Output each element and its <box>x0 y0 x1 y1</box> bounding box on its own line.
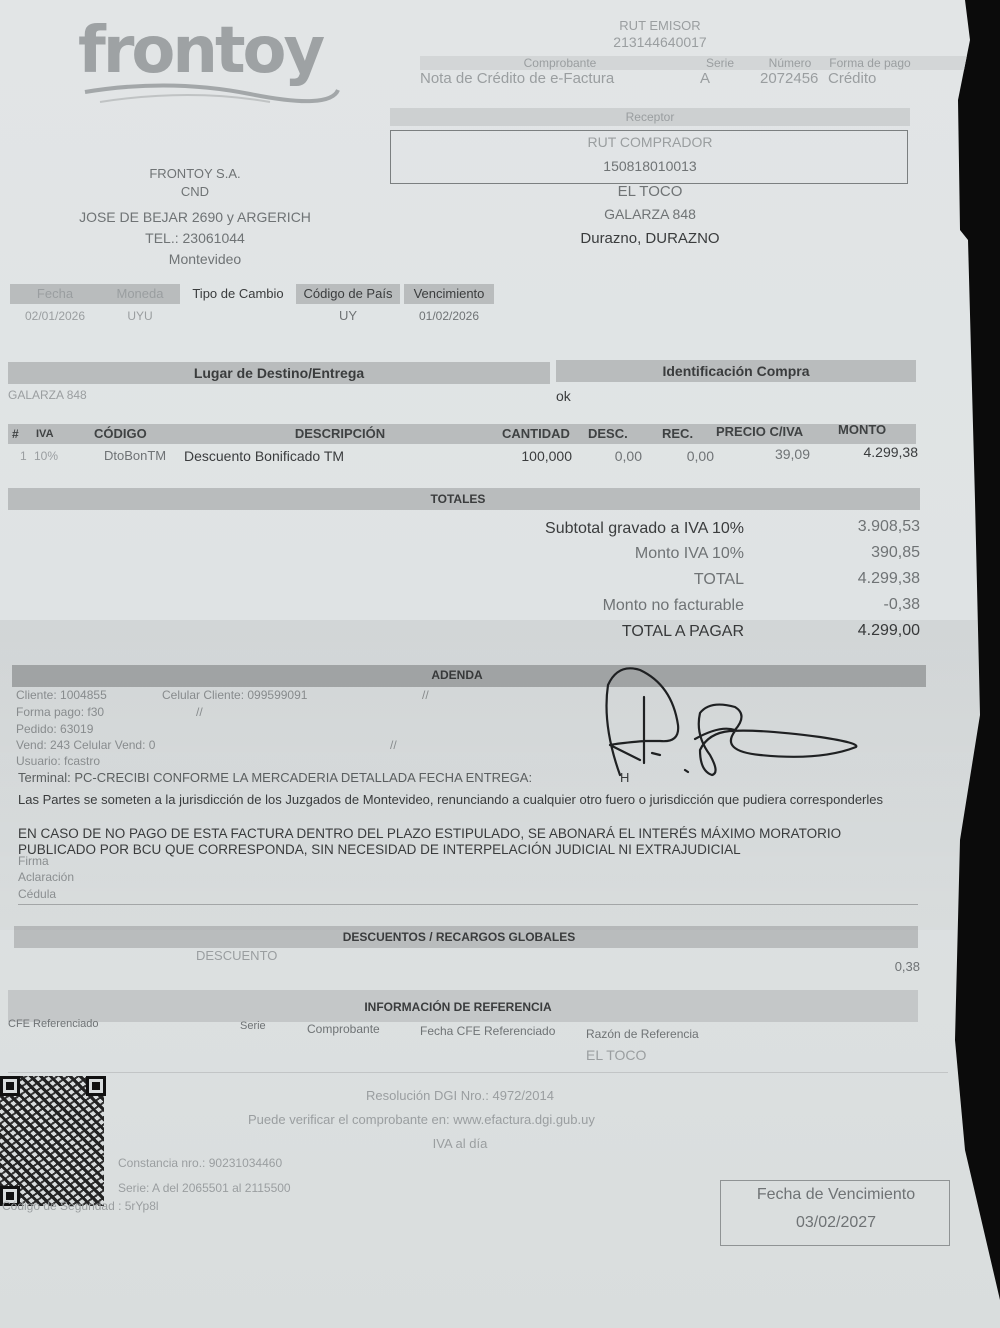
receiver-rut-label: RUT COMPRADOR <box>390 134 910 150</box>
row-desc: 0,00 <box>580 446 642 466</box>
col-rec: REC. <box>662 424 693 444</box>
addenda-client-phone: Celular Cliente: 099599091 <box>162 688 307 702</box>
logo-swoosh-icon <box>80 80 340 110</box>
ref-col-cfe: CFE Referenciado <box>8 1018 99 1030</box>
addenda-order: Pedido: 63019 <box>16 722 93 736</box>
col-cantidad: CANTIDAD <box>502 424 570 444</box>
addenda-sep: // <box>196 705 203 719</box>
col-codigo: CÓDIGO <box>94 424 147 444</box>
global-adjustment-type: DESCUENTO <box>196 948 277 963</box>
destination-value: GALARZA 848 <box>8 388 87 402</box>
addenda-late-payment-1: EN CASO DE NO PAGO DE ESTA FACTURA DENTR… <box>18 826 841 841</box>
addenda-client: Cliente: 1004855 <box>16 688 107 702</box>
doc-series-label: Serie <box>680 56 760 70</box>
addenda-sep: // <box>390 738 397 752</box>
totals-label: TOTALES <box>8 492 908 506</box>
addenda-divider <box>18 904 918 905</box>
addenda-terminal: Terminal: PC-CRECIBI CONFORME LA MERCADE… <box>18 770 532 785</box>
addenda-late-payment-2: PUBLICADO POR BCU QUE CORRESPONDA, SIN N… <box>18 842 741 857</box>
issuer-rut: 213144640017 <box>560 34 760 50</box>
ref-col-razon: Razón de Referencia <box>586 1027 699 1041</box>
issuer-name: FRONTOY S.A. <box>60 166 330 181</box>
ref-col-comprobante: Comprobante <box>307 1022 380 1036</box>
handwritten-signature-icon <box>560 655 880 795</box>
invoice-paper: frontoy RUT EMISOR 213144640017 Comproba… <box>0 0 1000 1328</box>
security-code: Código de Seguridad : 5rYp8l <box>2 1199 159 1213</box>
row-code: DtoBonTM <box>104 446 166 466</box>
footer-divider <box>8 1072 948 1073</box>
issuer-phone: TEL.: 23061044 <box>60 230 330 246</box>
ref-reason: EL TOCO <box>586 1047 646 1063</box>
non-billable-label: Monto no facturable <box>484 597 744 615</box>
non-billable-value: -0,38 <box>780 596 920 614</box>
row-qty: 100,000 <box>480 446 572 466</box>
addenda-user: Usuario: fcastro <box>16 754 100 768</box>
ref-col-fecha: Fecha CFE Referenciado <box>420 1024 555 1038</box>
total-value: 4.299,38 <box>780 570 920 588</box>
destination-label: Lugar de Destino/Entrega <box>8 365 550 381</box>
total-to-pay-value: 4.299,00 <box>780 622 920 640</box>
addenda-payment-terms: Forma pago: f30 <box>16 705 104 719</box>
info-moneda: UYU <box>100 306 180 326</box>
doc-type: Nota de Crédito de e-Factura <box>420 70 614 87</box>
doc-number: 2072456 <box>760 70 818 87</box>
qr-code <box>0 1076 104 1206</box>
iva-value: 390,85 <box>780 544 920 562</box>
addenda-seller: Vend: 243 Celular Vend: 0 <box>16 738 155 752</box>
qr-finder-icon <box>86 1076 106 1096</box>
row-num: 1 <box>20 446 27 466</box>
row-rec: 0,00 <box>650 446 714 466</box>
info-codigo-pais: UY <box>296 306 400 326</box>
info-header-fecha: Fecha <box>10 284 100 304</box>
receiver-city: Durazno, DURAZNO <box>390 230 910 247</box>
info-header-tipo-cambio: Tipo de Cambio <box>182 284 294 304</box>
total-label: TOTAL <box>484 571 744 589</box>
due-date-value: 03/02/2027 <box>720 1214 952 1232</box>
info-header-vencimiento: Vencimiento <box>404 284 494 304</box>
addenda-sep: // <box>422 688 429 702</box>
col-descripcion: DESCRIPCIÓN <box>180 424 500 444</box>
col-precio: PRECIO C/IVA <box>716 422 803 442</box>
reference-label: INFORMACIÓN DE REFERENCIA <box>8 1000 908 1014</box>
series-range: Serie: A del 2065501 al 2115500 <box>118 1181 291 1195</box>
receiver-address: GALARZA 848 <box>390 206 910 222</box>
ref-col-serie: Serie <box>240 1020 266 1032</box>
purchase-id-value: ok <box>556 388 571 404</box>
dgi-resolution: Resolución DGI Nro.: 4972/2014 <box>250 1088 670 1103</box>
id-label: Cédula <box>18 887 56 901</box>
doc-payment-label: Forma de pago <box>820 56 920 70</box>
receiver-rut: 150818010013 <box>390 158 910 174</box>
subtotal-value: 3.908,53 <box>780 518 920 536</box>
receiver-name: EL TOCO <box>390 183 910 200</box>
qr-finder-icon <box>0 1076 20 1096</box>
info-header-codigo-pais: Código de País <box>296 284 400 304</box>
iva-label: Monto IVA 10% <box>484 545 744 563</box>
clarification-label: Aclaración <box>18 870 74 884</box>
doc-type-label: Comprobante <box>420 56 700 70</box>
issuer-address: JOSE DE BEJAR 2690 y ARGERICH <box>50 209 340 225</box>
global-adjustments-label: DESCUENTOS / RECARGOS GLOBALES <box>14 930 904 944</box>
frontoy-logo: frontoy <box>78 14 322 88</box>
col-monto: MONTO <box>838 420 886 440</box>
row-iva: 10% <box>34 446 58 466</box>
verify-text: Puede verificar el comprobante en: www.e… <box>248 1112 595 1127</box>
doc-number-label: Número <box>750 56 830 70</box>
issuer-branch: CND <box>60 184 330 199</box>
col-desc: DESC. <box>588 424 628 444</box>
vat-status: IVA al día <box>250 1136 670 1151</box>
cae-number: Constancia nro.: 90231034460 <box>118 1156 282 1170</box>
due-date-label: Fecha de Vencimiento <box>720 1186 952 1204</box>
col-num: # <box>12 424 19 444</box>
signature-label: Firma <box>18 854 49 868</box>
doc-payment: Crédito <box>828 70 876 87</box>
info-fecha: 02/01/2026 <box>10 306 100 326</box>
total-to-pay-label: TOTAL A PAGAR <box>484 623 744 641</box>
row-description: Descuento Bonificado TM <box>184 446 344 466</box>
info-vencimiento: 01/02/2026 <box>404 306 494 326</box>
global-adjustment-value: 0,38 <box>820 959 920 974</box>
purchase-id-label: Identificación Compra <box>556 363 916 379</box>
issuer-rut-label: RUT EMISOR <box>560 18 760 33</box>
doc-series: A <box>700 70 710 87</box>
col-iva: IVA <box>36 424 54 444</box>
row-price: 39,09 <box>730 444 810 464</box>
subtotal-label: Subtotal gravado a IVA 10% <box>484 520 744 538</box>
row-amount: 4.299,38 <box>820 442 918 462</box>
receiver-label: Receptor <box>390 108 910 126</box>
info-header-moneda: Moneda <box>100 284 180 304</box>
issuer-city: Montevideo <box>60 251 350 267</box>
